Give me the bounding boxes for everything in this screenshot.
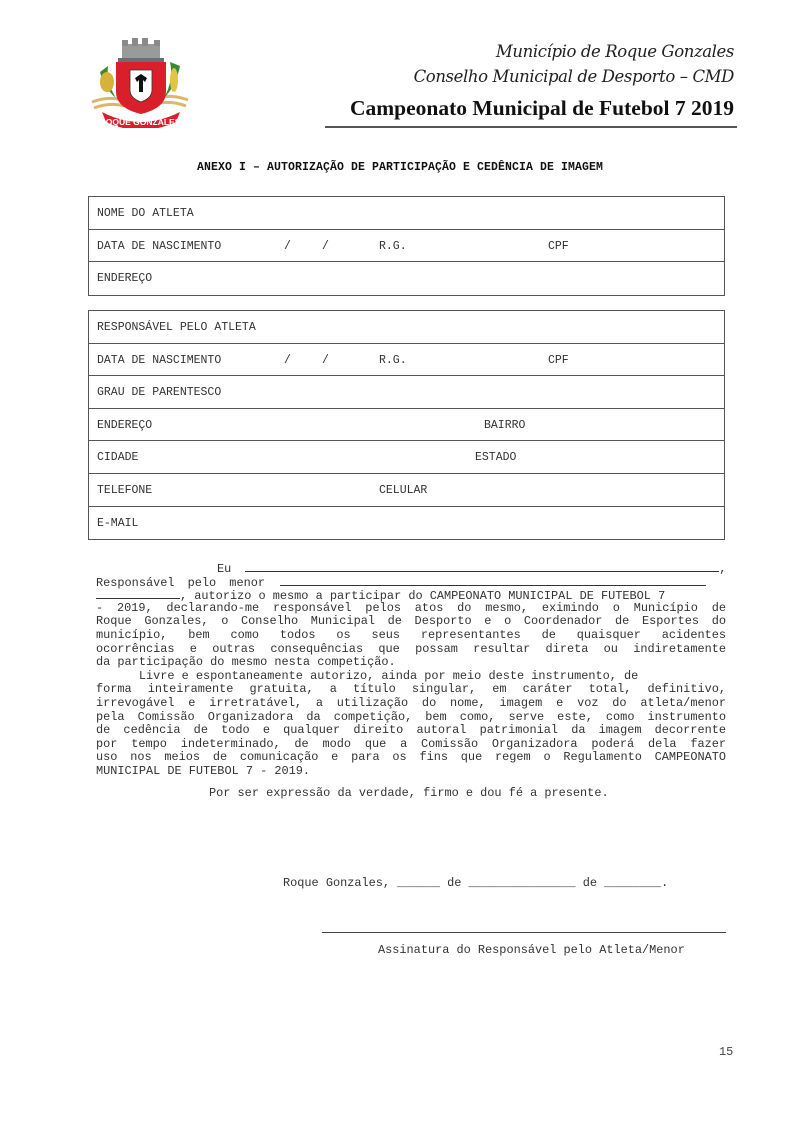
date-separator: / — [322, 354, 329, 367]
guardian-birth-label: DATA DE NASCIMENTO — [97, 354, 221, 367]
guardian-birth-row[interactable]: DATA DE NASCIMENTO / / R.G. CPF — [89, 344, 724, 377]
kinship-label: GRAU DE PARENTESCO — [97, 386, 221, 399]
document-page: ROQUE GONZALES Município de Roque Gonzal… — [0, 0, 800, 1132]
guardian-rg-label: R.G. — [379, 354, 407, 367]
athlete-rg-label: R.G. — [379, 240, 407, 253]
athlete-name-label: NOME DO ATLETA — [97, 207, 194, 220]
paragraph-line: de cedência de todo e qualquer direito a… — [96, 724, 726, 738]
city-label: CIDADE — [97, 451, 138, 464]
minor-name-blank-cont[interactable] — [96, 588, 180, 599]
header-divider — [325, 126, 737, 128]
email-label: E-MAIL — [97, 517, 138, 530]
declaration-text: Eu, Responsável pelo menor , autorizo o … — [96, 561, 726, 800]
date-separator: / — [284, 240, 291, 253]
paragraph-line: forma inteiramente gratuita, a título si… — [96, 683, 726, 697]
paragraph-line: Roque Gonzales, o Conselho Municipal de … — [96, 615, 726, 629]
paragraph-line: por tempo indeterminado, de modo que a C… — [96, 738, 726, 752]
declaration-line-authorize: , autorizo o mesmo a participar do CAMPE… — [96, 588, 726, 602]
paragraph-line: da participação do mesmo nesta competiçã… — [96, 656, 726, 670]
paragraph-line: irrevogável e irretratável, a utilização… — [96, 697, 726, 711]
municipality-name: Município de Roque Gonzales — [496, 42, 734, 61]
athlete-birth-row[interactable]: DATA DE NASCIMENTO / / R.G. CPF — [89, 230, 724, 263]
phone-row[interactable]: TELEFONE CELULAR — [89, 474, 724, 507]
page-number: 15 — [719, 1045, 733, 1059]
guardian-form: RESPONSÁVEL PELO ATLETA DATA DE NASCIMEN… — [88, 310, 725, 540]
district-label: BAIRRO — [484, 419, 525, 432]
paragraph-line: Livre e espontaneamente autorizo, ainda … — [96, 670, 726, 684]
athlete-address-label: ENDEREÇO — [97, 272, 152, 285]
email-row[interactable]: E-MAIL — [89, 507, 724, 540]
mobile-label: CELULAR — [379, 484, 427, 497]
signature-label: Assinatura do Responsável pelo Atleta/Me… — [378, 943, 685, 957]
city-row[interactable]: CIDADE ESTADO — [89, 441, 724, 474]
signature-line[interactable] — [322, 932, 726, 933]
athlete-form: NOME DO ATLETA DATA DE NASCIMENTO / / R.… — [88, 196, 725, 296]
phone-label: TELEFONE — [97, 484, 152, 497]
paragraph-line: pela Comissão Organizadora da competição… — [96, 711, 726, 725]
declaration-line-eu: Eu, — [96, 561, 726, 575]
guardian-cpf-label: CPF — [548, 354, 569, 367]
svg-text:ROQUE GONZALES: ROQUE GONZALES — [100, 117, 181, 127]
guardian-name-label: RESPONSÁVEL PELO ATLETA — [97, 321, 256, 334]
guardian-name-blank[interactable] — [245, 561, 719, 572]
date-separator: / — [322, 240, 329, 253]
paragraph-line: uso nos meios de comunicação e para os f… — [96, 751, 726, 765]
closing-statement: Por ser expressão da verdade, firmo e do… — [96, 787, 726, 801]
place-date-line[interactable]: Roque Gonzales, ______ de ______________… — [283, 876, 668, 890]
paragraph-line: ocorrências e outras consequências que p… — [96, 643, 726, 657]
state-label: ESTADO — [475, 451, 516, 464]
guardian-address-label: ENDEREÇO — [97, 419, 152, 432]
championship-title: Campeonato Municipal de Futebol 7 2019 — [350, 96, 734, 121]
paragraph-line: município, bem como todos os seus repres… — [96, 629, 726, 643]
athlete-name-row[interactable]: NOME DO ATLETA — [89, 197, 724, 230]
kinship-row[interactable]: GRAU DE PARENTESCO — [89, 376, 724, 409]
guardian-name-row[interactable]: RESPONSÁVEL PELO ATLETA — [89, 311, 724, 344]
date-separator: / — [284, 354, 291, 367]
athlete-birth-label: DATA DE NASCIMENTO — [97, 240, 221, 253]
guardian-address-row[interactable]: ENDEREÇO BAIRRO — [89, 409, 724, 442]
council-name: Conselho Municipal de Desporto – CMD — [414, 67, 734, 86]
athlete-cpf-label: CPF — [548, 240, 569, 253]
paragraph-line: MUNICIPAL DE FUTEBOL 7 - 2019. — [96, 765, 726, 779]
annex-title: ANEXO I – AUTORIZAÇÃO DE PARTICIPAÇÃO E … — [0, 161, 800, 174]
athlete-address-row[interactable]: ENDEREÇO — [89, 262, 724, 295]
municipal-crest-icon: ROQUE GONZALES — [88, 36, 192, 128]
minor-name-blank[interactable] — [280, 575, 706, 586]
paragraph-line: - 2019, declarando-me responsável pelos … — [96, 602, 726, 616]
declaration-line-minor: Responsável pelo menor — [96, 575, 726, 589]
